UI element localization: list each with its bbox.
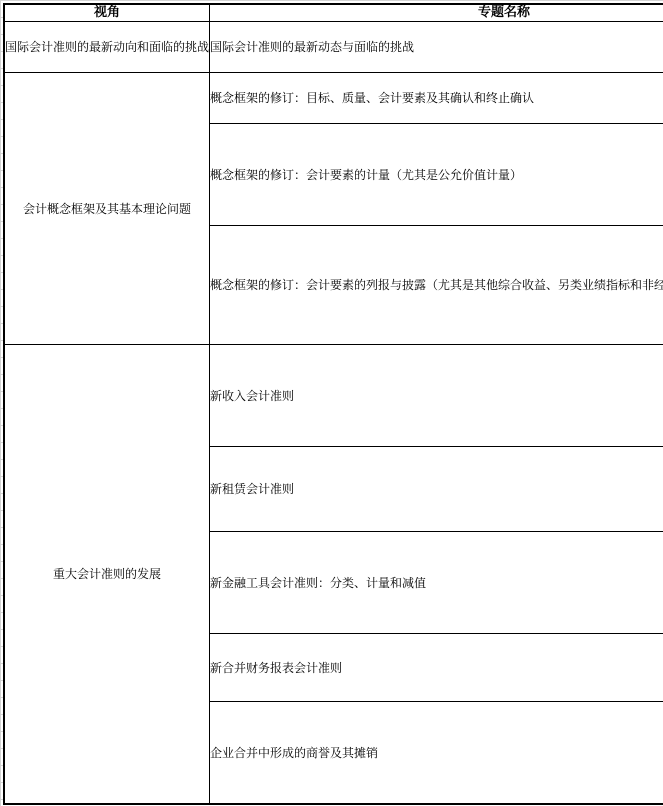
table-row: 会计概念框架及其基本理论问题概念框架的修订：目标、质量、会计要素及其确认和终止确… — [4, 73, 663, 90]
topic-cell: 新收入会计准则 — [210, 345, 663, 447]
topic-cell: 新合并财务报表会计准则 — [210, 634, 663, 702]
topic-cell: 新租赁会计准则 — [210, 447, 663, 532]
topic-cell: 概念框架的修订：目标、质量、会计要素及其确认和终止确认 — [210, 73, 663, 124]
header-row: 视角 专题名称 主要内容 — [4, 4, 663, 22]
table-body: 国际会计准则的最新动向和面临的挑战国际会计准则的最新动态与面临的挑战1.了解国际… — [4, 22, 663, 805]
view-cell: 国际会计准则的最新动向和面临的挑战 — [4, 22, 210, 73]
topic-cell: 企业合并中形成的商誉及其摊销 — [210, 702, 663, 805]
view-cell: 会计概念框架及其基本理论问题 — [4, 73, 210, 345]
curriculum-table: 视角 专题名称 主要内容 国际会计准则的最新动向和面临的挑战国际会计准则的最新动… — [3, 3, 663, 805]
header-view: 视角 — [4, 4, 210, 22]
table-row: 重大会计准则的发展新收入会计准则1.制定新收入会计准则的主要原因 — [4, 345, 663, 362]
topic-cell: 国际会计准则的最新动态与面临的挑战 — [210, 22, 663, 73]
view-cell: 重大会计准则的发展 — [4, 345, 210, 805]
table-row: 国际会计准则的最新动向和面临的挑战国际会计准则的最新动态与面临的挑战1.了解国际… — [4, 22, 663, 39]
topic-cell: 概念框架的修订：会计要素的列报与披露（尤其是其他综合收益、另类业绩指标和非经常性… — [210, 226, 663, 345]
topic-cell: 新金融工具会计准则：分类、计量和减值 — [210, 532, 663, 634]
header-topic: 专题名称 — [210, 4, 663, 22]
topic-cell: 概念框架的修订：会计要素的计量（尤其是公允价值计量） — [210, 124, 663, 226]
